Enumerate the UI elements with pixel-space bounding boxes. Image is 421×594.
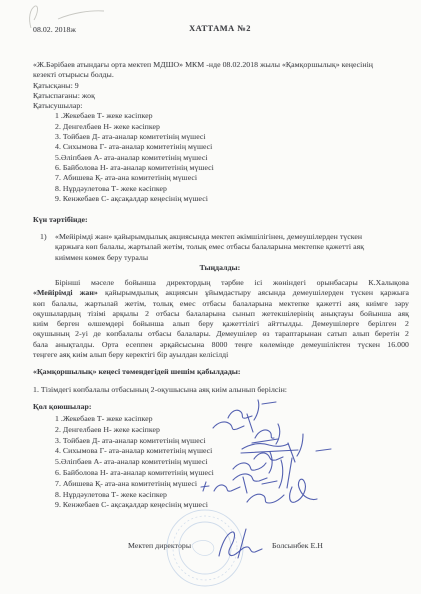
scanned-protocol-page: 08.02. 2018ж ХАТТАМА №2 «Ж.Бәрібаев атын… — [0, 0, 421, 594]
intro-section: «Ж.Бәрібаев атындағы орта мектеп МДШО» М… — [33, 60, 409, 204]
agenda-line: «Мейірімді жан» қайырымдылық акциясында … — [55, 232, 408, 242]
body-line: оқушылардың тізімі арқылы 2 отбасы балал… — [33, 309, 409, 319]
agenda-item-number: 1) — [40, 232, 55, 263]
body-line: «Мейірімді жан» қайырымдылық акциясын ұй… — [33, 288, 409, 298]
list-item: 8. Нұрдәулетова Т- жеке кәсіпкер — [55, 490, 409, 501]
agenda-line: киіммен көмек беру туралы — [55, 253, 408, 263]
agenda-item-text: «Мейірімді жан» қайырымдылық акциясында … — [55, 232, 408, 263]
list-item: 9. Кенжебаев С- ақсақалдар кеңесінің мүш… — [55, 194, 409, 204]
decision-heading: «Қамқоршылық» кеңесі төмендегідей шешім … — [33, 367, 409, 377]
attended-count: Қатысқаны: 9 — [33, 81, 409, 91]
list-item: 1 .Жекебаев Т- жеке кәсіпкер — [55, 111, 409, 121]
body-line: оқушының 2-уі де көпбалалы отбасы балала… — [33, 329, 409, 339]
list-item: 5.Әліпбаев А- ата-аналар комитетінің мүш… — [55, 153, 409, 163]
director-role-label: Мектеп директоры — [128, 541, 191, 551]
list-item: 6. Байболова Н- ата-аналар комитетінің м… — [55, 468, 409, 479]
list-item: 5.Әліпбаев А- ата-аналар комитетінің мүш… — [55, 457, 409, 468]
heard-heading: Тыңдалды: — [33, 263, 407, 273]
body-line: Бірінші мәселе бойынша директордың тәрби… — [33, 278, 409, 288]
participants-label: Қатысушылар: — [33, 101, 409, 111]
list-item: 6. Байболова Н- ата-аналар комитетінің м… — [55, 163, 409, 173]
agenda-line: қаржыға көп балалы, жартылай жетім, толы… — [55, 242, 408, 252]
list-item: 2. Денгелбаев Н- жеке кәсіпкер — [55, 122, 409, 132]
decision-item: 1. Тізімдегі көпбалалы отбасының 2-оқушы… — [33, 385, 409, 395]
absent-count: Қатыспағаны: жоқ — [33, 91, 409, 101]
list-item: 7. Абишева Қ- ата-ана комитетінің мүшесі — [55, 479, 409, 490]
list-item: 3. Тойбаев Д- ата-аналар комитетінің мүш… — [55, 132, 409, 142]
body-line: көп балалы, жартылай жетім, толық емес о… — [33, 299, 409, 309]
agenda-heading: Күн тәртібінде: — [33, 215, 409, 225]
list-item: 2. Денгелбаев Н- жеке кәсіпкер — [55, 425, 409, 436]
list-item: 3. Тойбаев Д- ата-аналар комитетінің мүш… — [55, 436, 409, 447]
signers-list: 1 .Жекебаев Т- жеке кәсіпкер 2. Денгелба… — [55, 414, 409, 511]
list-item: 1 .Жекебаев Т- жеке кәсіпкер — [55, 414, 409, 425]
body-line: киім берген өлшемдері бойынша алып беру … — [33, 319, 409, 329]
body-line: теңгеге аяқ киім алып беру керектігі бір… — [33, 350, 409, 360]
participants-list: 1 .Жекебаев Т- жеке кәсіпкер 2. Денгелба… — [55, 111, 409, 204]
body-line: бала анықталды. Орта есеппен әрқайсысына… — [33, 340, 409, 350]
director-name: Болсынбек Е.Н — [272, 541, 323, 551]
list-item: 8. Нұрдәулетова Т- жеке кәсіпкер — [55, 184, 409, 194]
body-line-rest: қайырымдылық акциясын ұйымдастыру аясынд… — [98, 288, 409, 297]
director-signature-icon — [219, 529, 262, 558]
charity-name-bold: «Мейірімді жан» — [33, 288, 98, 297]
signers-label: Қол қоюшылар: — [33, 402, 409, 412]
agenda-item: 1) «Мейірімді жан» қайырымдылық акциясын… — [40, 232, 408, 263]
list-item: 7. Абишева Қ- ата-ана комитетінің мүшесі — [55, 173, 409, 183]
page-title: ХАТТАМА №2 — [33, 24, 407, 34]
list-item: 4. Сихымова Г- ата-аналар комитетінің мү… — [55, 446, 409, 457]
intro-line: «Ж.Бәрібаев атындағы орта мектеп МДШО» М… — [33, 60, 409, 70]
intro-line: кезекті отырысы болды. — [33, 70, 409, 80]
list-item: 4. Сихымова Г- ата-аналар комитетінің мү… — [55, 142, 409, 152]
signers-section: 1 .Жекебаев Т- жеке кәсіпкер 2. Денгелба… — [33, 414, 409, 511]
list-item: 9. Кенжебаев С- ақсақалдар кеңесінің мүш… — [55, 500, 409, 511]
body-paragraph: Бірінші мәселе бойынша директордың тәрби… — [33, 278, 409, 360]
